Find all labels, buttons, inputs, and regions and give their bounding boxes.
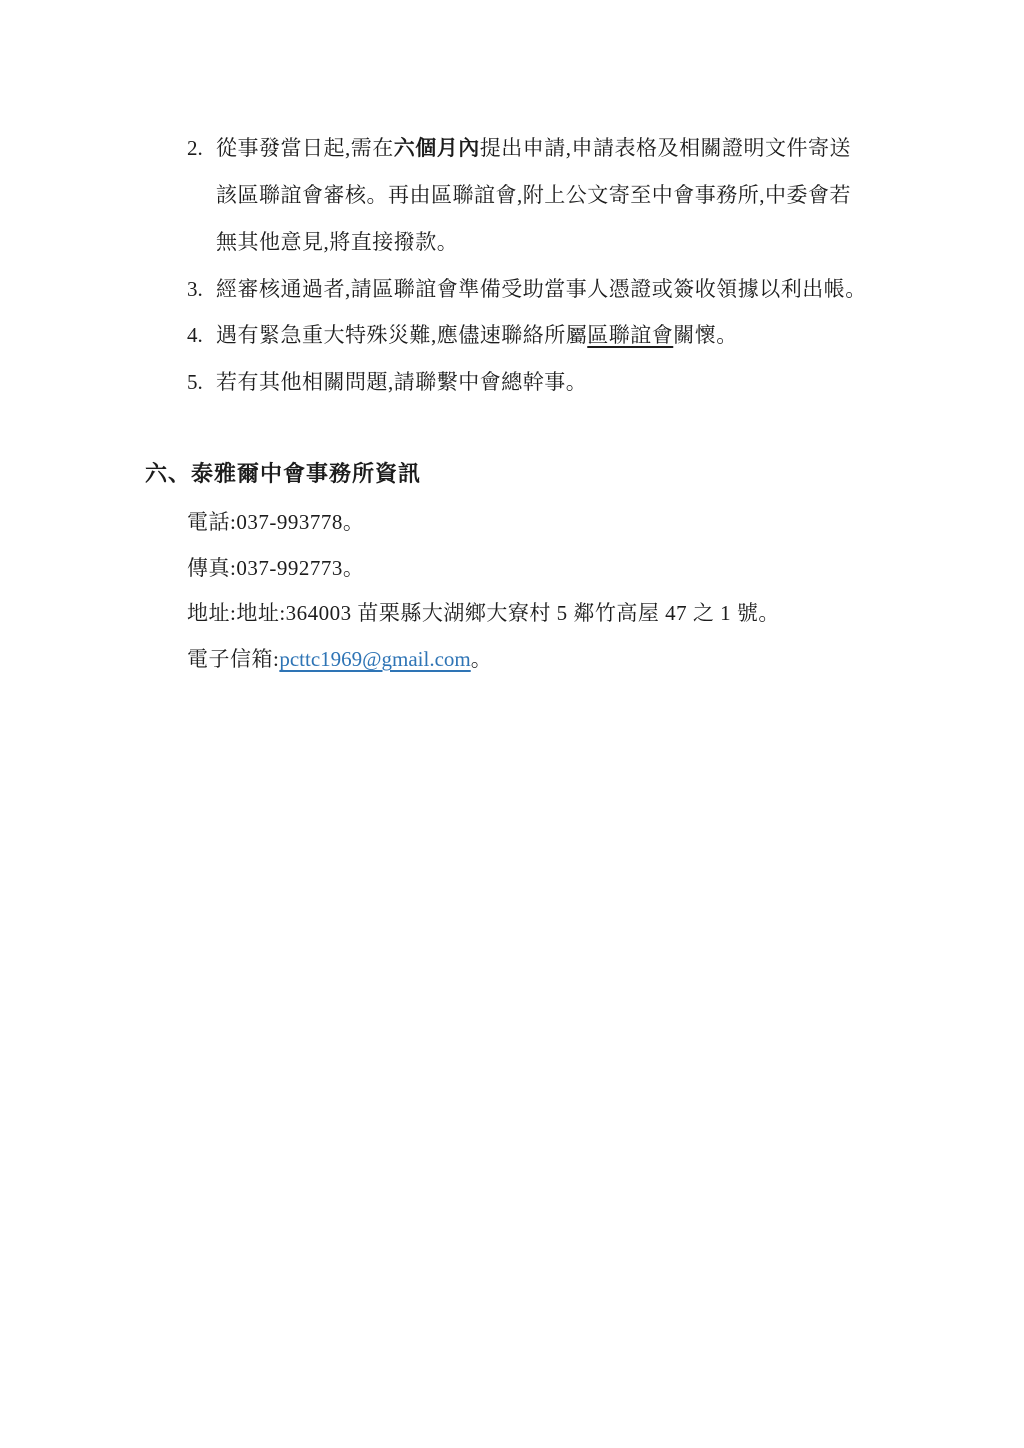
contact-phone-text: 電話:037-993778。 [187,510,364,534]
email-link[interactable]: pcttc1969@gmail.com [279,647,470,671]
list-item-2-line-1: 2.從事發當日起,需在六個月內提出申請,申請表格及相關證明文件寄送 [187,133,851,163]
contact-email-line: 電子信箱:pcttc1969@gmail.com。 [187,644,492,674]
list-item-4: 4.遇有緊急重大特殊災難,應儘速聯絡所屬區聯誼會關懷。 [187,320,738,350]
list-item-4-underlined-phrase: 區聯誼會 [587,323,673,347]
list-item-2-line-2: 該區聯誼會審核。再由區聯誼會,附上公文寄至中會事務所,中委會若 [216,180,851,210]
list-item-5-number: 5. [187,367,216,397]
document-page: 2.從事發當日起,需在六個月內提出申請,申請表格及相關證明文件寄送 該區聯誼會審… [0,0,1024,1448]
list-item-4-text-post: 關懷。 [673,323,738,347]
list-item-2-line-3: 無其他意見,將直接撥款。 [216,227,458,257]
contact-fax-line: 傳真:037-992773。 [187,553,364,583]
list-item-4-text-pre: 遇有緊急重大特殊災難,應儘速聯絡所屬 [216,323,587,347]
list-item-2-number: 2. [187,133,216,163]
list-item-5-text: 若有其他相關問題,請聯繫中會總幹事。 [216,370,587,394]
list-item-2-text-line3: 無其他意見,將直接撥款。 [216,230,458,254]
list-item-2-text-post: 提出申請,申請表格及相關證明文件寄送 [480,136,851,160]
list-item-5: 5.若有其他相關問題,請聯繫中會總幹事。 [187,367,587,397]
contact-email-label: 電子信箱: [187,647,279,671]
contact-phone-line: 電話:037-993778。 [187,507,364,537]
section-6-heading-text: 六、泰雅爾中會事務所資訊 [145,461,421,486]
contact-fax-text: 傳真:037-992773。 [187,556,364,580]
list-item-3-text: 經審核通過者,請區聯誼會準備受助當事人憑證或簽收領據以利出帳。 [216,277,867,301]
list-item-2-text-line2: 該區聯誼會審核。再由區聯誼會,附上公文寄至中會事務所,中委會若 [216,183,851,207]
contact-address-line: 地址:地址:364003 苗栗縣大湖鄉大寮村 5 鄰竹高屋 47 之 1 號。 [187,598,780,628]
contact-address-text: 地址:地址:364003 苗栗縣大湖鄉大寮村 5 鄰竹高屋 47 之 1 號。 [187,601,780,625]
list-item-3-number: 3. [187,274,216,304]
list-item-3: 3.經審核通過者,請區聯誼會準備受助當事人憑證或簽收領據以利出帳。 [187,274,867,304]
section-6-heading: 六、泰雅爾中會事務所資訊 [145,459,421,489]
contact-email-suffix: 。 [471,647,493,671]
list-item-4-number: 4. [187,320,216,350]
list-item-2-bold-phrase: 六個月內 [394,136,480,160]
list-item-2-text-pre: 從事發當日起,需在 [216,136,394,160]
